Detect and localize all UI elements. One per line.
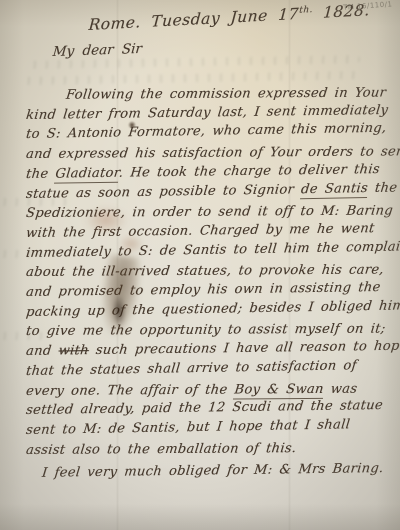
letter-line: assist also to the emballation of this.	[25, 438, 397, 460]
hand-text: sent to M: de Santis, but I hope that I …	[25, 417, 351, 438]
hand-text: was	[323, 381, 358, 396]
hand-text: I feel very much obliged for M: & Mrs Ba…	[41, 461, 384, 481]
letter-body: Following the commission expressed in Yo…	[26, 86, 396, 484]
letter-line: I feel very much obliged for M: & Mrs Ba…	[25, 459, 397, 484]
hand-text: assist also to the emballation of this.	[25, 441, 297, 458]
hand-text: to S: Antonio Formatore, who came this m…	[25, 121, 387, 142]
hand-text: the	[25, 166, 56, 181]
hand-text: and	[25, 344, 59, 359]
ink-blot	[128, 121, 136, 129]
dateline-year: 1828.	[312, 1, 370, 22]
paper-stain	[118, 234, 144, 254]
paper-stain	[84, 206, 128, 234]
hand-text: . He took the charge to deliver this	[118, 162, 381, 181]
salutation: My dear Sir	[52, 41, 143, 60]
hand-text: every one. The affair of the	[25, 382, 235, 398]
hand-text: Following the commission expressed in Yo…	[65, 85, 387, 102]
hand-text: that the statues shall arrive to satisfa…	[25, 358, 357, 379]
underlined-text: de Santis	[300, 181, 369, 199]
ink-smudge	[112, 294, 126, 328]
hand-text: the	[367, 180, 398, 196]
hand-text: and expressed his satisfaction of Your o…	[25, 144, 400, 162]
hand-text: statue as soon as possible to Signior	[25, 182, 302, 202]
hand-text: Spedizioniere, in order to send it off t…	[25, 204, 394, 222]
underlined-text: Gladiator	[54, 166, 119, 184]
struck-out-text: with	[58, 343, 90, 358]
letter-photo: TM 16/110/1 Rome. Tuesday June 17th. 182…	[0, 0, 400, 530]
dateline-superscript: th.	[299, 5, 313, 16]
hand-text: packing up of the questioned; besides I …	[25, 298, 400, 320]
hand-text: about the ill-arrived statues, to provok…	[25, 263, 385, 281]
